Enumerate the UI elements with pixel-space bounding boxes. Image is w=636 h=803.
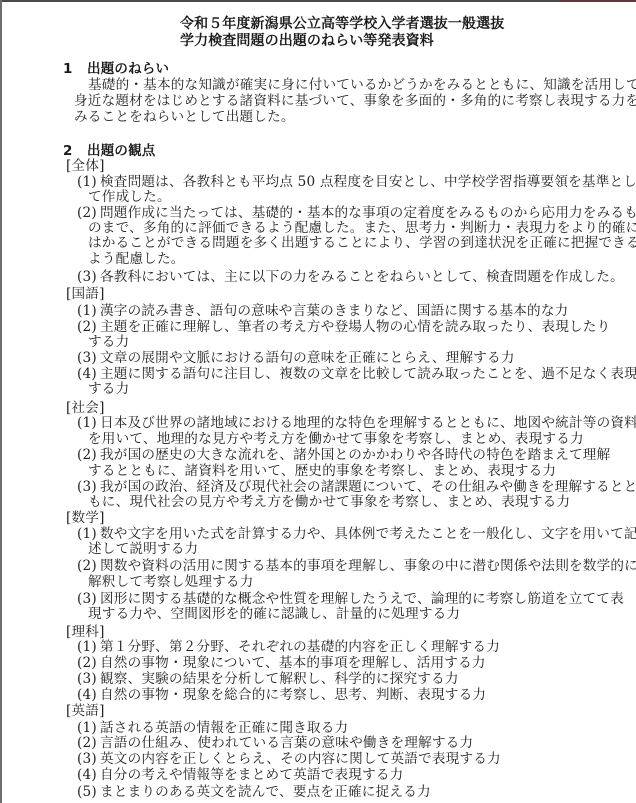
window-top-border <box>0 0 636 2</box>
item-marker: (3) <box>77 591 97 607</box>
item-text-cont: する力 <box>88 381 129 397</box>
item-marker: (3) <box>77 479 97 495</box>
item-marker: (1) <box>77 526 97 542</box>
item-text-cont: はかることができる問題を多く出題することにより、学習の到達状況を正確に把握できる <box>88 235 636 251</box>
section-1-number: 1 <box>63 61 73 77</box>
group-label: [社会] <box>66 400 105 416</box>
item-text-cont: するとともに、諸資料を用いて、歴史的事象を考察し、まとめ、表現する力 <box>88 463 556 479</box>
group-label: [全体] <box>66 158 105 174</box>
item-marker: (3) <box>77 751 97 767</box>
item-marker: (5) <box>77 784 97 800</box>
item-text: 自然の事物・現象を総合的に考察し、思考、判断、表現する力 <box>100 687 486 703</box>
item-text-cont: もに、現代社会の見方や考え方を働かせて事象を考察し、まとめ、表現する力 <box>88 494 570 510</box>
item-marker: (1) <box>77 639 97 655</box>
item-marker: (2) <box>77 655 97 671</box>
item-text-cont: のまで、多角的に評価できるよう配慮した。また、思考力・判断力・表現力をより的確に <box>88 220 636 236</box>
group-label: [数学] <box>66 510 105 526</box>
item-text: 数や文字を用いた式を計算する力や、具体例で考えたことを一般化し、文字を用いて記 <box>100 526 636 542</box>
item-text-cont: よう配慮した。 <box>88 251 185 267</box>
document-title-line-1: 令和５年度新潟県公立高等学校入学者選抜一般選抜 <box>180 16 504 32</box>
item-text: 漢字の読み書き、語句の意味や言葉のきまりなど、国語に関する基本的な力 <box>100 303 568 319</box>
item-marker: (2) <box>77 558 97 574</box>
window-left-border <box>0 0 2 803</box>
item-text: 英文の内容を正しくとらえ、その内容に関して英語で表現する力 <box>100 751 501 767</box>
item-marker: (2) <box>77 735 97 751</box>
group-label: [国語] <box>66 286 105 302</box>
item-text-cont: 解釈して考察し処理する力 <box>88 574 254 590</box>
item-text: 問題作成に当たっては、基礎的・基本的な事項の定着度をみるものから応用力をみるも <box>100 205 636 221</box>
item-text: まとまりのある英文を読んで、要点を正確に捉える力 <box>100 784 431 800</box>
item-marker: (1) <box>77 415 97 431</box>
item-text: 各教科においては、主に以下の力をみることをねらいとして、検査問題を作成した。 <box>100 269 624 285</box>
item-text: 関数や資料の活用に関する基本的事項を理解し、事象の中に潜む関係や法則を数学的に <box>100 558 636 574</box>
item-text: 話される英語の情報を正確に聞き取る力 <box>100 720 348 736</box>
item-text: 検査問題は、各教科とも平均点 50 点程度を目安とし、中学校学習指導要領を基準と… <box>100 174 636 190</box>
section-1-paragraph-line: 身近な題材をはじめとする諸資料に基づいて、事象を多面的・多角的に考察し表現する力… <box>74 93 636 109</box>
item-text-cont: 現する力や、空間図形を的確に認識し、計量的に処理する力 <box>88 606 460 622</box>
section-1-paragraph-line: みることをねらいとして出題した。 <box>74 109 295 125</box>
item-text: 自然の事物・現象について、基本的事項を理解し、活用する力 <box>100 655 486 671</box>
item-text-cont: を用いて、地理的な見方や考え方を働かせて事象を考察し、まとめ、表現する力 <box>88 431 584 447</box>
item-marker: (2) <box>77 319 97 335</box>
window-top-border-accent <box>560 0 636 2</box>
section-2-heading: 出題の観点 <box>87 143 156 159</box>
item-marker: (2) <box>77 205 97 221</box>
item-marker: (3) <box>77 269 97 285</box>
item-text: 自分の考えや情報等をまとめて英語で表現する力 <box>100 767 403 783</box>
section-1-paragraph-line: 基礎的・基本的な知識が確実に身に付いているかどうかをみるとともに、知識を活用して… <box>88 77 636 93</box>
item-marker: (4) <box>77 687 97 703</box>
item-marker: (4) <box>77 366 97 382</box>
item-text: 主題を正確に理解し、筆者の考え方や登場人物の心情を読み取ったり、表現したり <box>100 319 610 335</box>
item-marker: (4) <box>77 767 97 783</box>
section-1-heading: 出題のねらい <box>87 61 169 77</box>
document-title-line-2: 学力検査問題の出題のねらい等発表資料 <box>180 33 434 49</box>
item-text: 主題に関する語句に注目し、複数の文章を比較して読み取ったことを、過不足なく表現 <box>100 366 636 382</box>
item-text: 日本及び世界の諸地域における地理的な特色を理解するとともに、地図や統計等の資料 <box>100 415 636 431</box>
item-text-cont: 述して説明する力 <box>88 541 198 557</box>
item-marker: (2) <box>77 447 97 463</box>
item-text: 図形に関する基礎的な概念や性質を理解したうえで、論理的に考察し筋道を立てて表 <box>100 591 624 607</box>
item-text: 第１分野、第２分野、それぞれの基礎的内容を正しく理解する力 <box>100 639 500 655</box>
item-marker: (3) <box>77 671 97 687</box>
section-2-number: 2 <box>63 143 73 159</box>
item-marker: (1) <box>77 174 97 190</box>
item-marker: (1) <box>77 720 97 736</box>
item-text: 言語の仕組み、使われている言葉の意味や働きを理解する力 <box>100 735 473 751</box>
item-text: 我が国の歴史の大きな流れを、諸外国とのかかわりや各時代の特色を踏まえて理解 <box>100 447 610 463</box>
group-label: [理科] <box>66 624 105 640</box>
item-text-cont: する力 <box>88 334 129 350</box>
item-text: 文章の展開や文脈における語句の意味を正確にとらえ、理解する力 <box>100 350 515 366</box>
item-text: 我が国の政治、経済及び現代社会の諸課題について、その仕組みや働きを理解するとと <box>100 479 636 495</box>
item-marker: (3) <box>77 350 97 366</box>
item-marker: (1) <box>77 303 97 319</box>
item-text-cont: て作成した。 <box>88 189 171 205</box>
group-label: [英語] <box>66 703 105 719</box>
item-text: 観察、実験の結果を分析して解釈し、科学的に探究する力 <box>100 671 459 687</box>
